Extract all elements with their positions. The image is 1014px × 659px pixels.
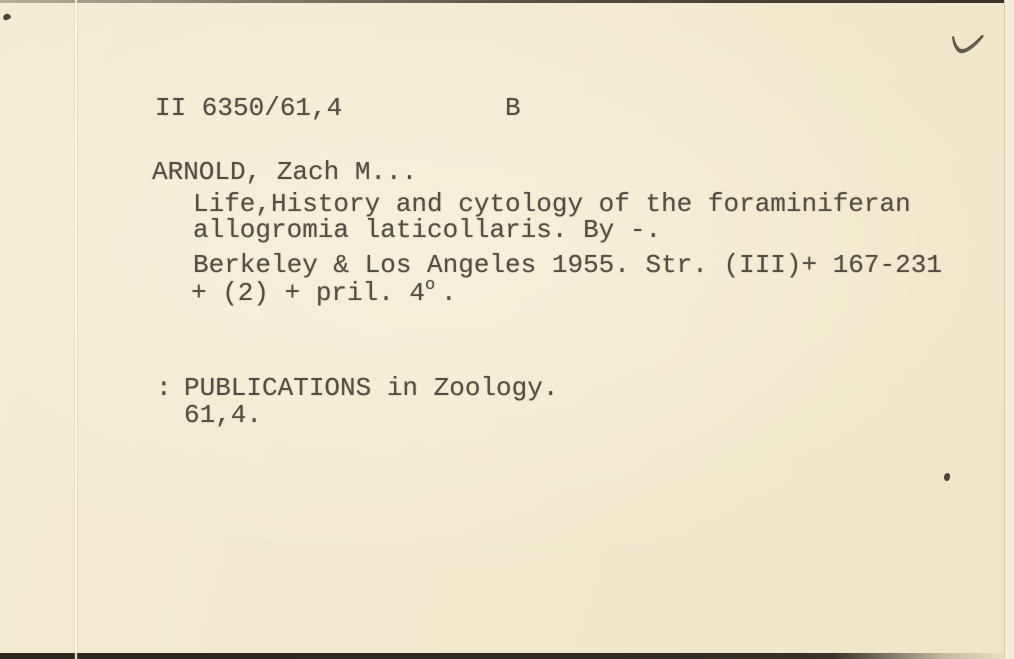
- imprint-line-2-text: + (2) + pril. 4: [191, 278, 425, 308]
- author-heading: ARNOLD, Zach M...: [152, 159, 417, 185]
- call-number: II 6350/61,4: [155, 95, 342, 121]
- series-colon: :: [156, 375, 172, 401]
- imprint-line-2-period: .: [441, 278, 457, 308]
- title-line-2: allogromia laticollaris. By -.: [193, 217, 661, 243]
- imprint-line-2: + (2) + pril. 4o.: [191, 280, 457, 310]
- ink-dot: [943, 472, 951, 481]
- shelf-letter: B: [505, 95, 521, 121]
- scan-edge-top: [0, 0, 1014, 3]
- card-right-edge: [1004, 0, 1014, 659]
- ink-speck: [2, 13, 11, 21]
- scan-edge-bottom: [0, 653, 1014, 659]
- fold-crease: [75, 0, 77, 659]
- imprint-line-1: Berkeley & Los Angeles 1955. Str. (III)+…: [193, 252, 942, 278]
- catalog-card: II 6350/61,4 B ARNOLD, Zach M... Life,Hi…: [0, 0, 1014, 659]
- series-number: 61,4.: [184, 402, 262, 428]
- title-line-1: Life,History and cytology of the foramin…: [193, 191, 911, 217]
- checkmark-icon: [948, 30, 988, 60]
- series-title: PUBLICATIONS in Zoology.: [184, 375, 558, 401]
- format-superscript: o: [425, 273, 441, 299]
